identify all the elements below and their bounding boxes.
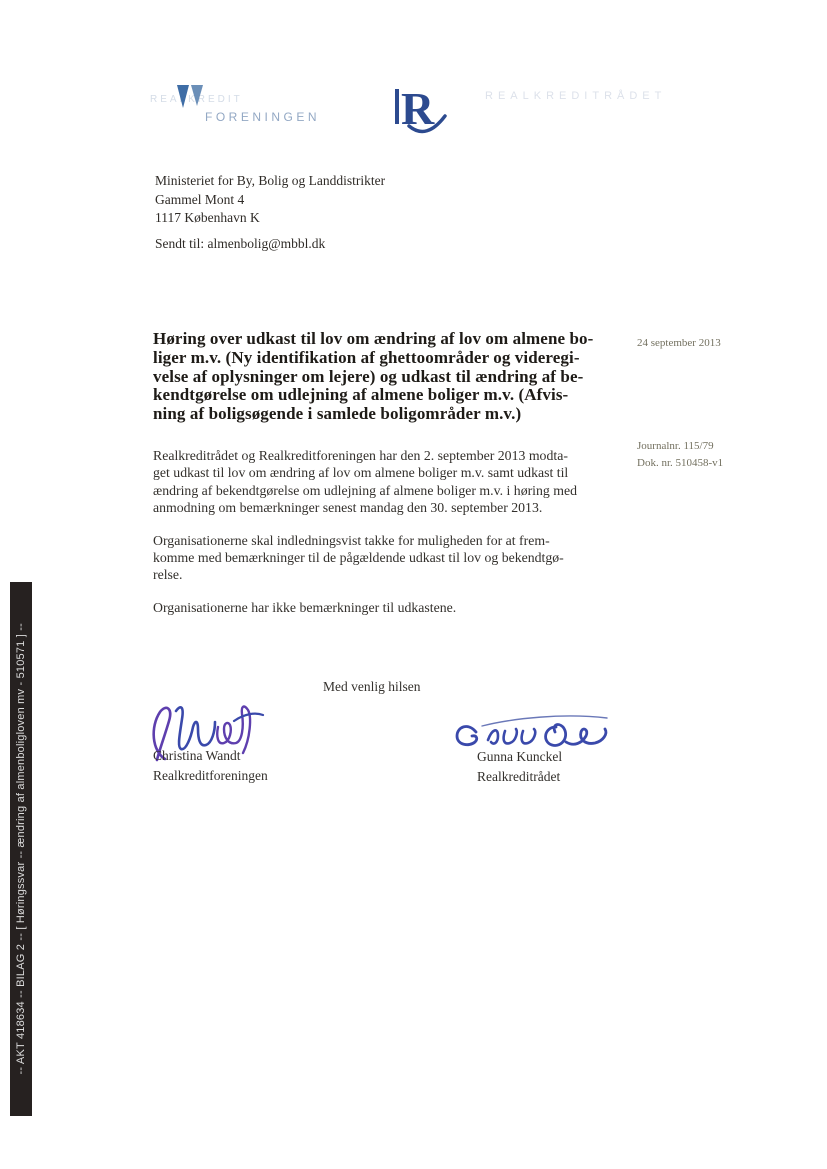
- recipient-address: Ministeriet for By, Bolig og Landdistrik…: [155, 172, 385, 228]
- svg-text:R: R: [401, 83, 435, 134]
- archive-strip-label: -- AKT 418634 -- BILAG 2 -- [ Høringssva…: [15, 623, 27, 1074]
- paragraph-3: Organisationerne har ikke bemærkninger t…: [153, 599, 653, 616]
- signatory-right: Gunna KunckelRealkreditrådet: [477, 747, 562, 786]
- signatory-left-name: Christina Wandt: [153, 748, 241, 763]
- signatory-left-org: Realkreditforeningen: [153, 768, 268, 783]
- realkreditforeningen-logo-line2: FORENINGEN: [205, 110, 320, 124]
- signatory-right-org: Realkreditrådet: [477, 769, 560, 784]
- paragraph-1: Realkreditrådet og Realkreditforeningen …: [153, 447, 653, 517]
- subject-heading: Høring over udkast til lov om ændring af…: [153, 330, 653, 424]
- triangle-icon: [177, 85, 189, 108]
- archive-strip: -- AKT 418634 -- BILAG 2 -- [ Høringssva…: [10, 582, 32, 1116]
- triangle-icon: [191, 85, 203, 106]
- scanned-letter-page: -- AKT 418634 -- BILAG 2 -- [ Høringssva…: [0, 0, 827, 1169]
- letter-date: 24 september 2013: [637, 337, 721, 349]
- salutation: Med venlig hilsen: [323, 679, 421, 695]
- signatory-right-name: Gunna Kunckel: [477, 749, 562, 764]
- r-monogram-icon: R: [393, 80, 453, 142]
- letter-body: Realkreditrådet og Realkreditforeningen …: [153, 447, 653, 631]
- realkreditforeningen-logo: REALKREDIT FORENINGEN: [148, 84, 348, 129]
- paragraph-2: Organisationerne skal indledningsvist ta…: [153, 532, 653, 584]
- realkreditraadet-logo-text: REALKREDITRÅDET: [485, 90, 666, 102]
- realkreditraadet-logo: R: [393, 80, 453, 142]
- signatory-left: Christina WandtRealkreditforeningen: [153, 746, 268, 785]
- sent-to-line: Sendt til: almenbolig@mbbl.dk: [155, 236, 325, 252]
